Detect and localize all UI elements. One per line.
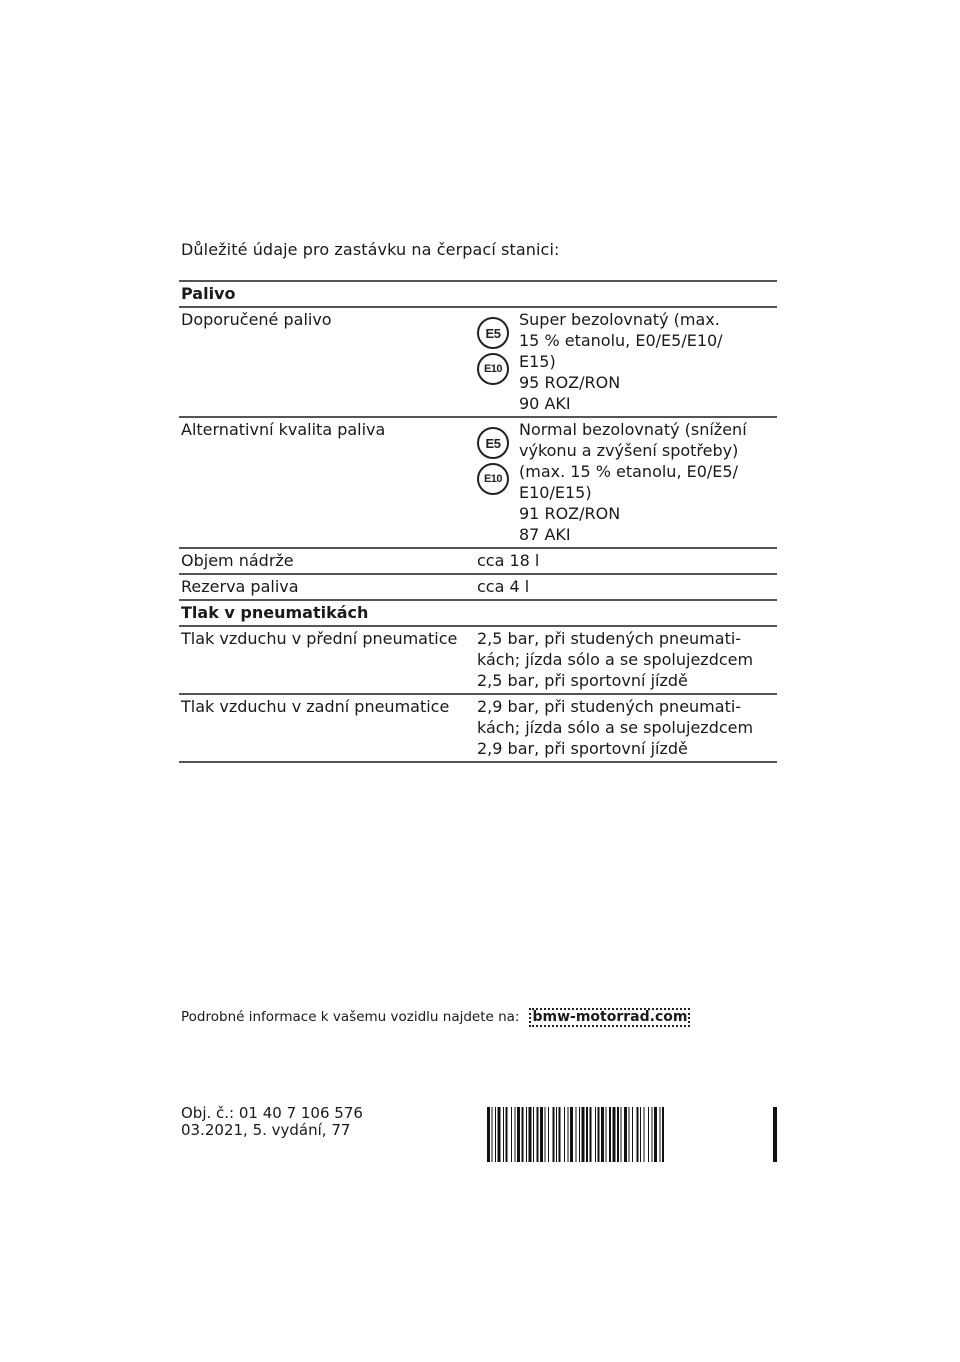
more-info-text: Podrobné informace k vašemu vozidlu najd…	[181, 1008, 519, 1026]
table-row-fuel-reserve: Rezerva paliva cca 4 l	[179, 573, 777, 599]
row-value: 2,9 bar, při studených pneumati- kách; j…	[477, 696, 777, 759]
table-row-front-tyre: Tlak vzduchu v přední pneumatice 2,5 bar…	[179, 625, 777, 693]
row-label: Tlak vzduchu v přední pneumatice	[181, 628, 477, 691]
e10-fuel-icon: E10	[477, 353, 509, 385]
row-value: Super bezolovnatý (max. 15 % etanolu, E0…	[519, 309, 723, 414]
row-value: cca 4 l	[477, 576, 777, 597]
row-label: Rezerva paliva	[181, 576, 477, 597]
table-row-tyre-heading: Tlak v pneumatikách	[179, 599, 777, 625]
intro-text: Důležité údaje pro zastávku na čerpací s…	[181, 240, 560, 260]
section-heading-fuel: Palivo	[181, 283, 477, 304]
section-heading-tyre-pressure: Tlak v pneumatikách	[181, 602, 477, 623]
row-label: Alternativní kvalita paliva	[181, 419, 477, 545]
order-number: Obj. č.: 01 40 7 106 576	[181, 1104, 363, 1122]
e10-fuel-icon: E10	[477, 463, 509, 495]
website-link[interactable]: bmw-motorrad.com	[529, 1008, 690, 1027]
table-row-alternative-fuel: Alternativní kvalita paliva E5 E10 Norma…	[179, 416, 777, 547]
table-row-tank-capacity: Objem nádrže cca 18 l	[179, 547, 777, 573]
row-label: Objem nádrže	[181, 550, 477, 571]
row-value: 2,5 bar, při studených pneumati- kách; j…	[477, 628, 777, 691]
row-value: Normal bezolovnatý (snížení výkonu a zvý…	[519, 419, 747, 545]
row-label: Doporučené palivo	[181, 309, 477, 414]
e5-fuel-icon: E5	[477, 317, 509, 349]
fuel-stop-table: Palivo Doporučené palivo E5 E10 Super be…	[179, 280, 777, 763]
table-row-rear-tyre: Tlak vzduchu v zadní pneumatice 2,9 bar,…	[179, 693, 777, 763]
e5-fuel-icon: E5	[477, 427, 509, 459]
table-row-recommended-fuel: Doporučené palivo E5 E10 Super bezolovna…	[179, 306, 777, 416]
row-label: Tlak vzduchu v zadní pneumatice	[181, 696, 477, 759]
row-value: cca 18 l	[477, 550, 777, 571]
barcode-icon	[487, 1107, 777, 1162]
edition-info: 03.2021, 5. vydání, 77	[181, 1121, 350, 1139]
more-info-line: Podrobné informace k vašemu vozidlu najd…	[181, 1008, 690, 1027]
order-info: Obj. č.: 01 40 7 106 576 03.2021, 5. vyd…	[181, 1105, 363, 1139]
table-row-fuel-heading: Palivo	[179, 280, 777, 306]
